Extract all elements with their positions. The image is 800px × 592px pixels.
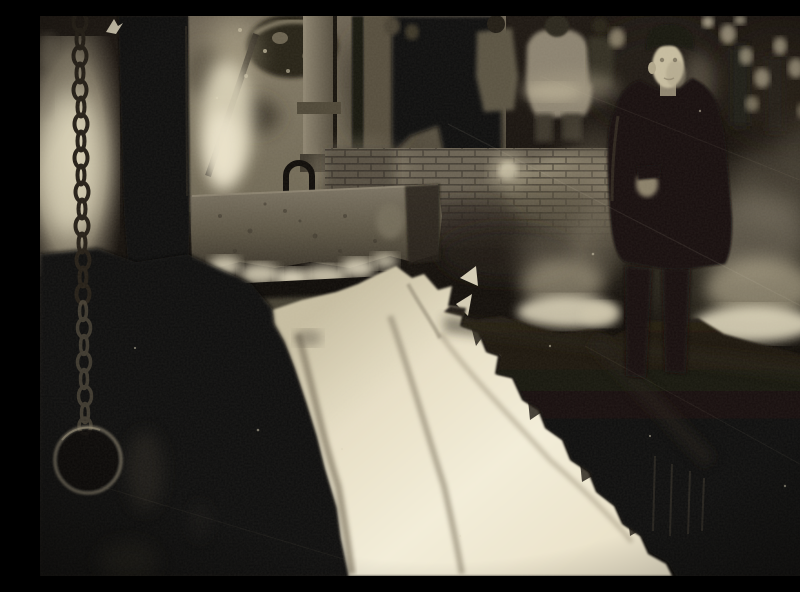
photograph	[40, 16, 800, 576]
vignette	[40, 16, 800, 576]
photograph-canvas	[40, 16, 800, 576]
